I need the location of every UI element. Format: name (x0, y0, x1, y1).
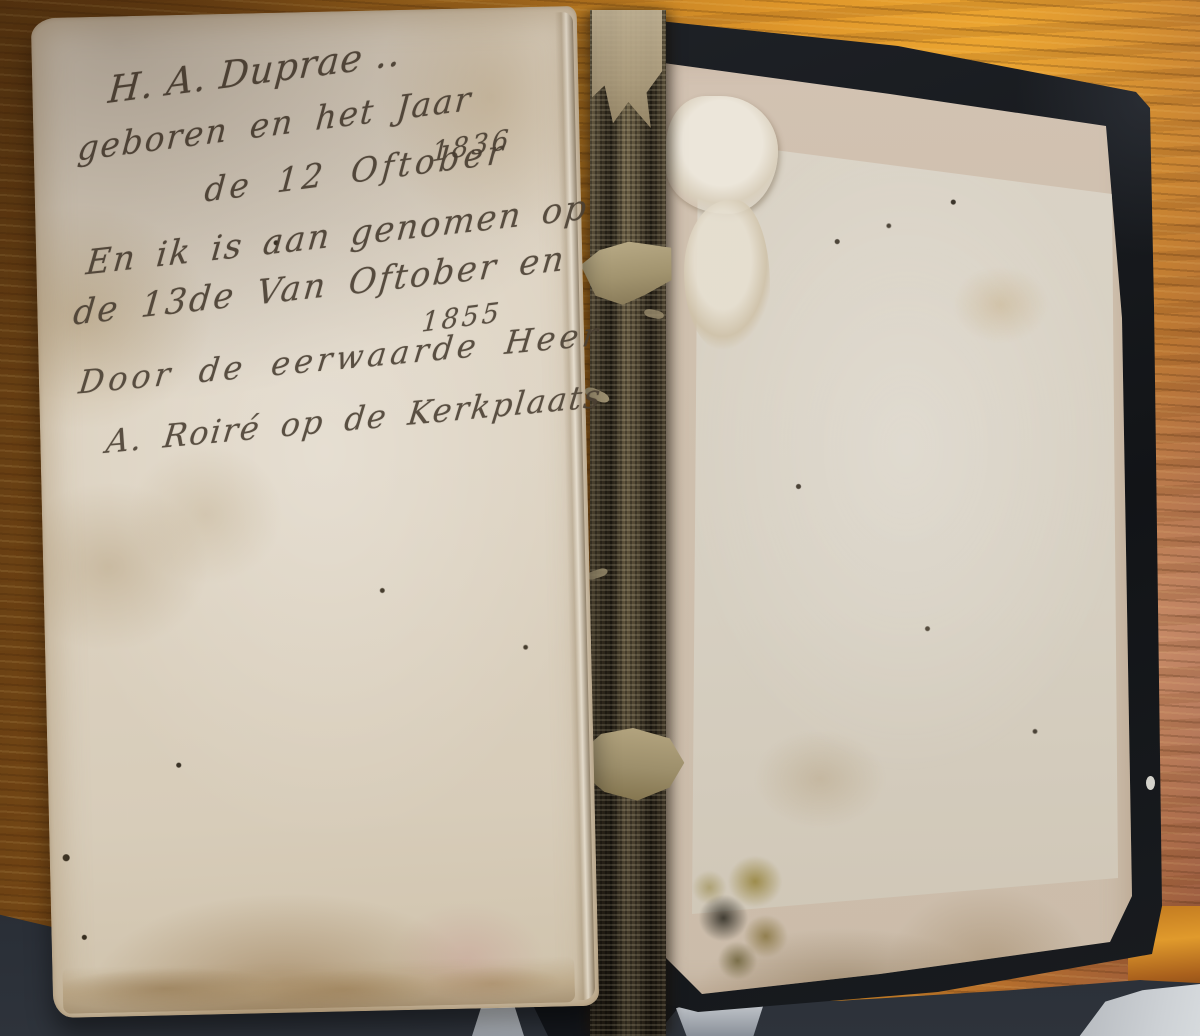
spine-webbing (590, 10, 666, 1036)
book-back-cover (638, 6, 1178, 1020)
spine-top-paper-remnant (592, 10, 662, 128)
mold-stain (646, 842, 822, 994)
left-endpaper-page: H. A. Duprae .. geboren en het Jaar 1836… (31, 6, 600, 1018)
cover-glint (1146, 776, 1155, 790)
handwriting-block: H. A. Duprae .. geboren en het Jaar 1836… (31, 6, 600, 1018)
torn-paper-patch (684, 200, 770, 350)
right-pastedown-page (650, 50, 1134, 994)
photo-of-open-antique-book: H. A. Duprae .. geboren en het Jaar 1836… (0, 0, 1200, 1036)
frayed-thread (643, 308, 664, 320)
cloth-tape (579, 237, 678, 310)
torn-paper-patch (666, 96, 778, 214)
